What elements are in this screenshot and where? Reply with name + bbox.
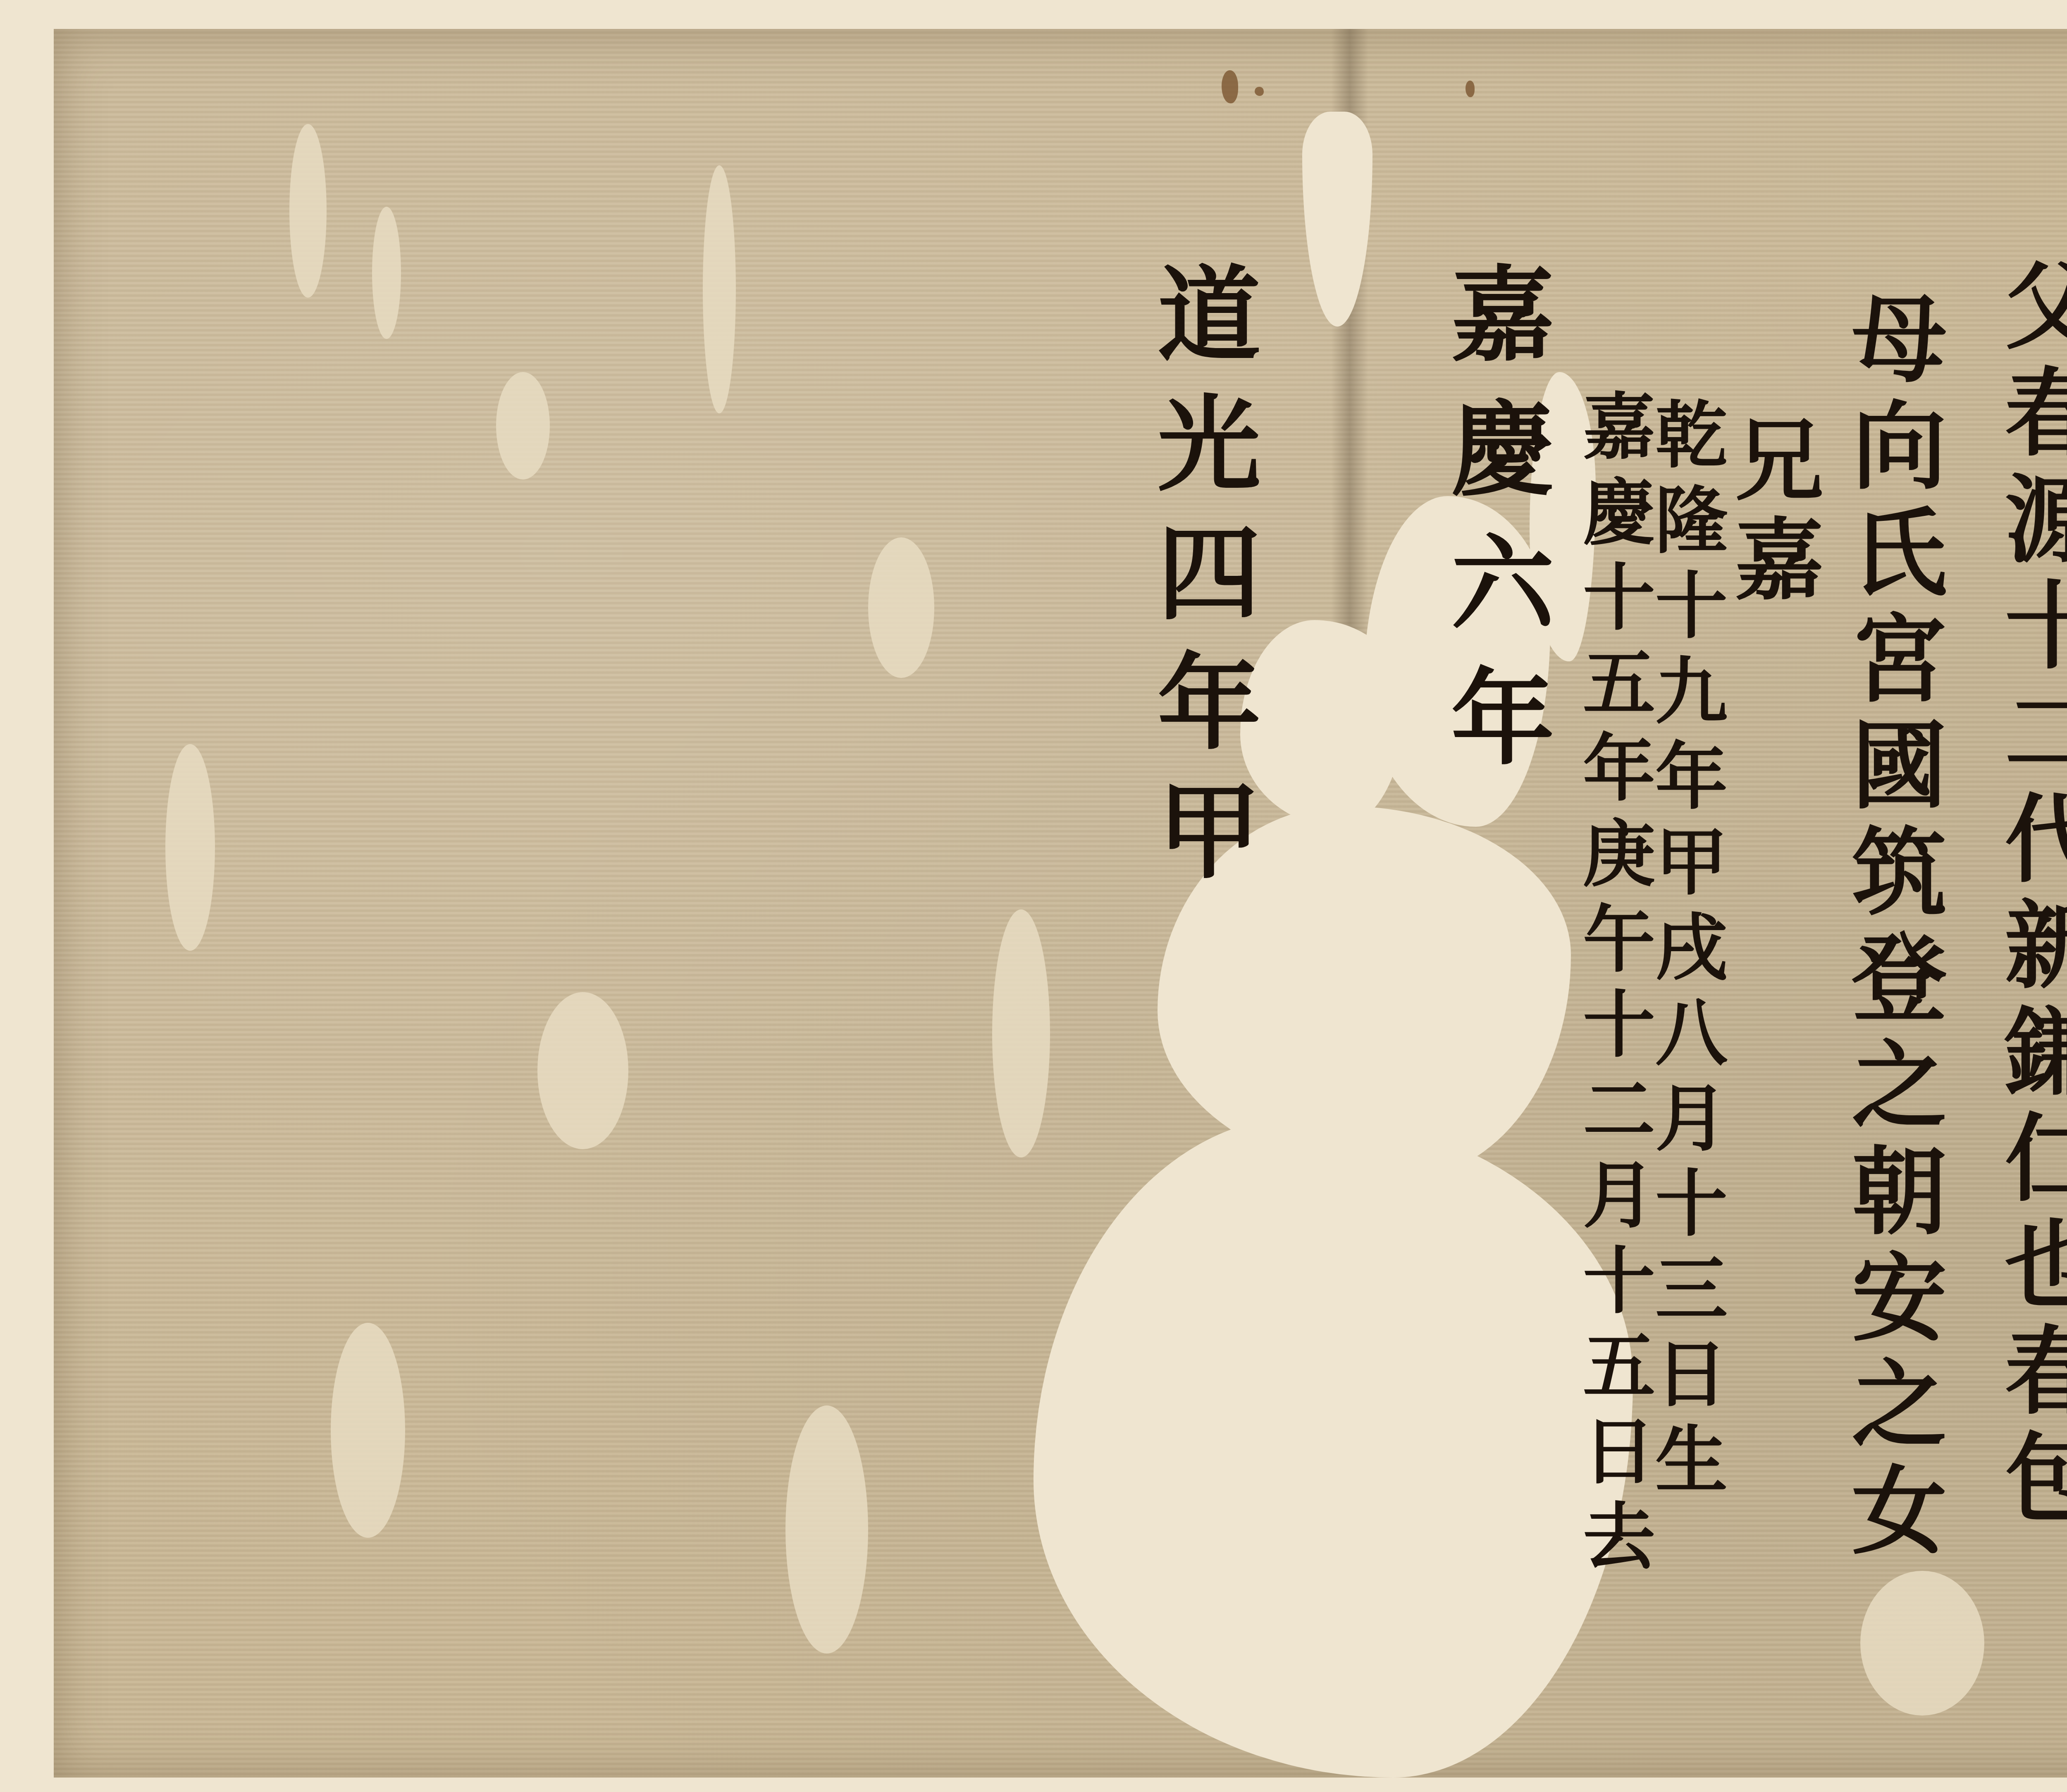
era-text: 六年 [1443,529,1546,798]
death-text: 十二月十五日去 [1577,986,1649,1584]
era-text: 道光四年 [1149,260,1253,777]
father-label: 父 [1997,256,2067,363]
father-text: 春源 [1997,363,2067,576]
column-elder-brother: 兄嘉 [1728,413,1817,613]
birth-text: 乾隆十九年 [1649,397,1722,824]
father-text: 十二代 [1997,576,2067,895]
column-jiaqing: 嘉慶六年 [1443,260,1546,798]
mother-text: 朝安 [1844,1141,1939,1354]
column-father: 父春源十二代新鎌仁也春包 [1997,256,2067,1534]
death-text: 嘉慶十五年 [1577,389,1649,816]
birth-text: 八月十三日生 [1649,995,1722,1507]
father-text: 仁也 [1997,1108,2067,1321]
mother-text: 向氏 [1844,396,1939,609]
column-birth-date: 乾隆十九年甲戌八月十三日生 [1649,397,1722,1507]
mother-text: 宮國筑登之 [1844,609,1939,1141]
mother-label: 母 [1844,289,1939,396]
column-mother: 母向氏宮國筑登之朝安之女 [1844,289,1939,1567]
mother-text: 之女 [1844,1354,1939,1567]
death-text: 庚午 [1577,816,1649,986]
column-death-date: 嘉慶十五年庚午十二月十五日去 [1577,389,1649,1584]
father-text: 新鎌 [1997,895,2067,1108]
era-text: 甲 [1149,777,1253,907]
era-text: 嘉慶 [1443,260,1546,529]
father-text: 春包 [1997,1321,2067,1534]
column-daoguang: 道光四年甲 [1149,260,1253,907]
birth-text: 甲戌 [1649,824,1722,995]
elder-brother-text: 兄嘉 [1728,413,1817,613]
